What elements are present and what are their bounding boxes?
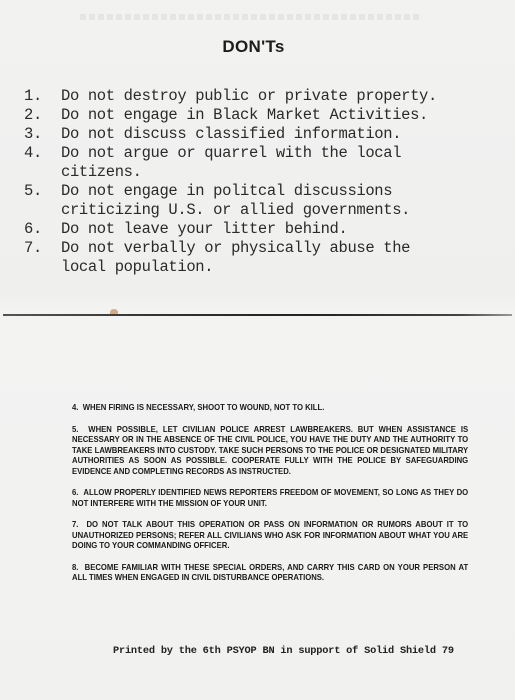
list-item: 4.Do not argue or quarrel with the local… [24, 144, 504, 182]
special-order-item: 6. ALLOW PROPERLY IDENTIFIED NEWS REPORT… [72, 487, 468, 508]
list-item: 2.Do not engage in Black Market Activiti… [24, 106, 504, 125]
list-item: 1.Do not destroy public or private prope… [24, 87, 504, 106]
document-page: DON'Ts 1.Do not destroy public or privat… [0, 0, 515, 700]
list-item: 7.Do not verbally or physically abuse th… [24, 239, 504, 277]
special-order-item: 8. BECOME FAMILIAR WITH THESE SPECIAL OR… [72, 562, 468, 583]
special-order-item: 5. WHEN POSSIBLE, LET CIVILIAN POLICE AR… [72, 424, 468, 477]
page-title: DON'Ts [0, 37, 511, 57]
special-order-item: 7. DO NOT TALK ABOUT THIS OPERATION OR P… [72, 519, 468, 551]
bleed-through-text [80, 14, 420, 20]
list-item: 6.Do not leave your litter behind. [24, 220, 504, 239]
printer-credit-footer: Printed by the 6th PSYOP BN in support o… [113, 645, 454, 657]
list-item: 5.Do not engage in politcal discussions … [24, 182, 504, 220]
donts-list: 1.Do not destroy public or private prope… [24, 87, 504, 277]
special-orders: 4. WHEN FIRING IS NECESSARY, SHOOT TO WO… [72, 402, 468, 594]
list-item: 3.Do not discuss classified information. [24, 125, 504, 144]
special-order-item: 4. WHEN FIRING IS NECESSARY, SHOOT TO WO… [72, 402, 468, 413]
fold-line-divider [3, 314, 512, 316]
